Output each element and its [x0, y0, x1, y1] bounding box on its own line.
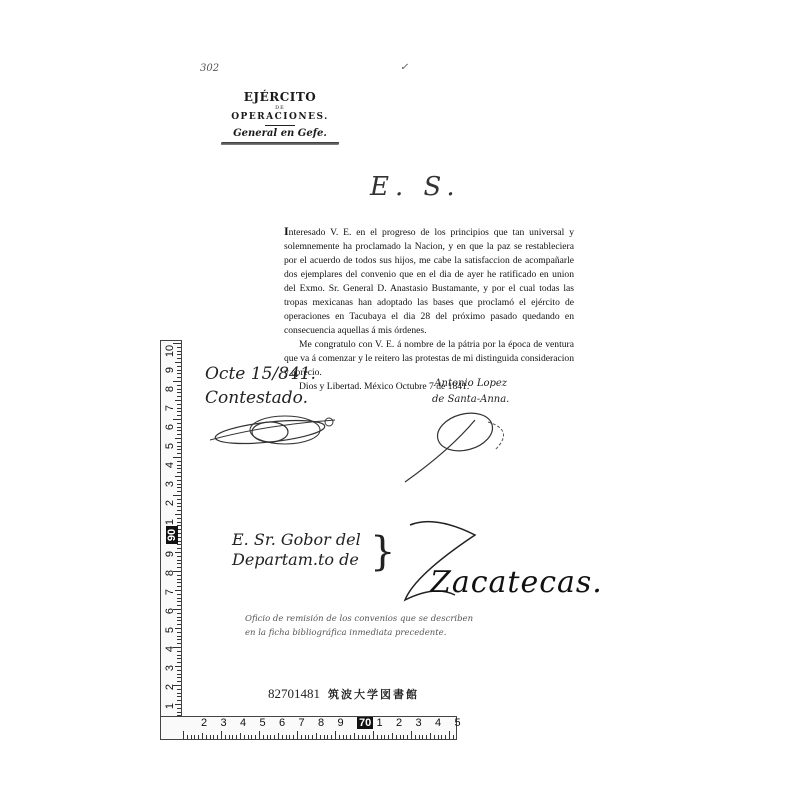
- ruler-label: 7: [164, 585, 176, 599]
- ruler-label: 8: [164, 566, 176, 580]
- ruler-label: 5: [260, 717, 266, 729]
- ruler-label: 1: [377, 717, 383, 729]
- addressee: E. Sr. Gobor del Departam.to de: [232, 530, 361, 570]
- marginal-note-date: Octe 15/841.: [205, 362, 316, 386]
- letterhead-office: General en Gefe.: [210, 128, 350, 139]
- letterhead-title: EJÉRCITO: [210, 90, 350, 104]
- archival-pencil-note: Oficio de remisión de los convenios que …: [245, 612, 475, 640]
- ruler-label: 5: [455, 717, 461, 729]
- letterhead-subtitle: OPERACIONES.: [210, 112, 350, 122]
- ruler-label: 9: [164, 363, 176, 377]
- paragraph-2: Me congratulo con V. E. á nombre de la p…: [284, 338, 574, 380]
- ruler-label: 3: [164, 477, 176, 491]
- flourish-icon: [205, 410, 355, 460]
- addressee-city: Zacatecas.: [430, 565, 603, 600]
- salutation: E. S.: [370, 172, 461, 202]
- letterhead-rule: [265, 125, 295, 126]
- ruler-label: 4: [435, 717, 441, 729]
- ruler-label: 6: [164, 420, 176, 434]
- check-mark: ✓: [400, 62, 408, 73]
- folio-number: 302: [200, 63, 219, 74]
- vertical-scale-ruler: 10987654321909876543210: [160, 340, 182, 732]
- signatory-name: Antonio Lopez de Santa-Anna.: [432, 376, 509, 408]
- letterhead: EJÉRCITO DE OPERACIONES. General en Gefe…: [210, 90, 350, 145]
- ruler-label: 4: [240, 717, 246, 729]
- letterhead-de: DE: [210, 105, 350, 111]
- ruler-label: 3: [416, 717, 422, 729]
- addressee-department: Departam.to de: [232, 550, 361, 570]
- ruler-label: 6: [279, 717, 285, 729]
- ruler-label: 5: [164, 623, 176, 637]
- ruler-label: 9: [338, 717, 344, 729]
- ruler-label: 2: [164, 496, 176, 510]
- letterhead-bar: [221, 142, 340, 145]
- addressee-title: E. Sr. Gobor del: [232, 530, 361, 550]
- signature-rubric-icon: [400, 410, 530, 485]
- ruler-label: 10: [164, 344, 176, 358]
- ruler-label: 90: [166, 526, 178, 544]
- paragraph-1: Interesado V. E. en el progreso de los p…: [284, 224, 574, 338]
- ruler-label: 7: [299, 717, 305, 729]
- marginal-note-status: Contestado.: [205, 386, 316, 410]
- library-name: 筑波大学図書館: [328, 689, 419, 701]
- ruler-label: 9: [164, 547, 176, 561]
- brace: }: [370, 532, 395, 572]
- horizontal-scale-ruler: 234567897012345: [160, 716, 457, 740]
- ruler-label: 2: [396, 717, 402, 729]
- ruler-label: 2: [164, 680, 176, 694]
- marginal-note: Octe 15/841. Contestado.: [205, 362, 316, 410]
- ruler-label: 2: [201, 717, 207, 729]
- closing-line: Dios y Libertad. México Octubre 7 de 184…: [284, 380, 574, 394]
- ruler-label: 8: [318, 717, 324, 729]
- ruler-label: 4: [164, 642, 176, 656]
- ruler-label: 3: [164, 661, 176, 675]
- ruler-label: 4: [164, 458, 176, 472]
- ruler-label: 1: [164, 699, 176, 713]
- ruler-label: 3: [221, 717, 227, 729]
- letter-body: Interesado V. E. en el progreso de los p…: [284, 224, 574, 394]
- catalog-number: 82701481: [268, 686, 320, 701]
- ruler-label: 8: [164, 382, 176, 396]
- ruler-label: 7: [164, 401, 176, 415]
- catalog-stamp: 82701481筑波大学図書館: [268, 686, 419, 702]
- ruler-label: 6: [164, 604, 176, 618]
- ruler-label: 70: [357, 717, 373, 729]
- ruler-label: 5: [164, 439, 176, 453]
